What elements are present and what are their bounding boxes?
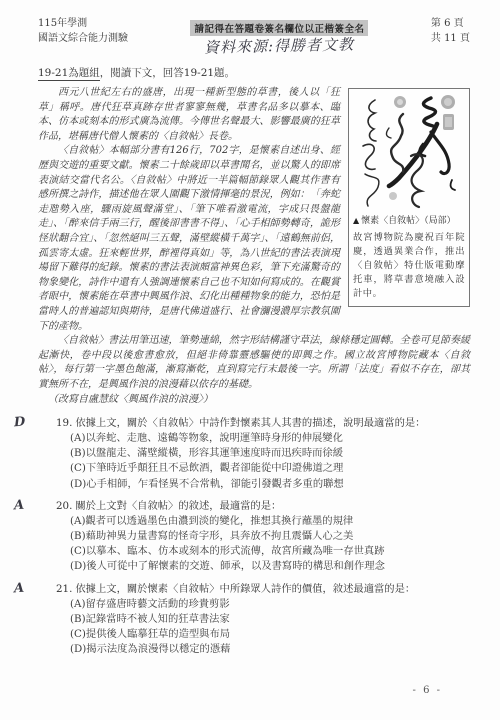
cursive-strokes-thin (363, 100, 423, 207)
header-center: 請記得在答題卷簽名欄位以正楷簽全名 資料來源:得勝者文教 (190, 17, 368, 55)
option-b: (B)記錄當時不被人知的狂草書法家 (70, 612, 470, 627)
option-c: (C)下筆時近乎顛狂且不忌飲酒，觀者卻能從中印證佛道之理 (70, 461, 470, 476)
cursive-strokes-bold (389, 98, 455, 190)
exam-page: 115年學測 國語文綜合能力測驗 請記得在答題卷簽名欄位以正楷簽全名 資料來源:… (0, 0, 500, 720)
question-19: D 19.依據上文，關於〈自敘帖〉中詩作對懷素其人其書的描述，說明最適當的是： … (38, 416, 470, 492)
passage-paragraph: 〈自敘帖〉書法用筆迅速，筆勢連綿，然字形結構謹守草法，線條穩定圓轉。全卷可見節奏… (38, 334, 470, 392)
signature-notice: 請記得在答題卷簽名欄位以正楷簽全名 (190, 20, 368, 36)
question-stem-text: 依據上文，關於〈自敘帖〉中詩作對懷素其人其書的描述，說明最適當的是： (75, 417, 425, 429)
option-c: (C)提供後人臨摹狂草的造型與布局 (70, 627, 470, 642)
passage-citation: （改寫自盧慧紋〈興風作浪的浪漫〉） (38, 393, 470, 408)
question-number: 19. (56, 417, 72, 429)
question-stem: 20.關於上文對〈自敘帖〉的敘述，最適當的是： (56, 499, 470, 514)
exam-identifier: 115年學測 國語文綜合能力測驗 (38, 16, 128, 46)
reading-passage: ▲懷素〈自敘帖〉（局部） 故宮博物院為慶祝百年院慶，透過異業合作，推出〈自敘帖〉… (38, 86, 470, 408)
option-a: (A)觀者可以透過墨色由濃到淡的變化，推想其換行蘸墨的規律 (70, 514, 470, 529)
page-header: 115年學測 國語文綜合能力測驗 請記得在答題卷簽名欄位以正楷簽全名 資料來源:… (38, 16, 470, 55)
question-options: (A)留存盛唐時藝文活動的珍貴剪影 (B)記錄當時不被人知的狂草書法家 (C)提… (70, 597, 470, 658)
option-a: (A)留存盛唐時藝文活動的珍貴剪影 (70, 597, 470, 612)
option-d: (D)揭示法度為浪漫得以穩定的憑藉 (70, 642, 470, 657)
option-d: (D)後人可從中了解懷素的交遊、師承，以及書寫時的構思和創作理念 (70, 559, 470, 574)
question-stem: 19.依據上文，關於〈自敘帖〉中詩作對懷素其人其書的描述，說明最適當的是： (56, 416, 470, 431)
question-list: D 19.依據上文，關於〈自敘帖〉中詩作對懷素其人其書的描述，說明最適當的是： … (38, 416, 470, 657)
option-d: (D)心手相師，乍看怪異不合常軌，卻能引發觀者多重的聯想 (70, 477, 470, 492)
total-pages-label: 共 11 頁 (431, 31, 470, 46)
exam-subject: 國語文綜合能力測驗 (38, 31, 128, 46)
group-range: 19-21為題組 (38, 67, 100, 81)
triangle-marker-icon: ▲ (353, 216, 359, 225)
calligraphy-image (353, 92, 465, 212)
handwritten-answer-mark: A (13, 498, 24, 514)
exam-year: 115年學測 (38, 16, 128, 31)
group-instruction: ，閱讀下文，回答19-21題。 (100, 67, 235, 79)
page-label: 第 6 頁 (431, 16, 470, 31)
question-21: A 21.依據上文，關於懷素〈自敘帖〉中所錄眾人詩作的價值，敘述最適當的是： (… (38, 582, 470, 658)
question-20: A 20.關於上文對〈自敘帖〉的敘述，最適當的是： (A)觀者可以透過墨色由濃到… (38, 499, 470, 575)
option-b: (B)以盤龍走、滿壁縱橫，形容其運筆速度時而迅疾時而徐緩 (70, 446, 470, 461)
question-group-title: 19-21為題組，閱讀下文，回答19-21題。 (38, 65, 470, 80)
question-number: 20. (56, 500, 72, 512)
page-number-footer: - 6 - (413, 685, 442, 696)
question-stem-text: 依據上文，關於懷素〈自敘帖〉中所錄眾人詩作的價值，敘述最適當的是： (75, 583, 415, 595)
figure-description: 故宮博物院為慶祝百年院慶，透過異業合作，推出〈自敘帖〉特仕版電動摩托車，將草書意… (353, 231, 465, 301)
figure-box: ▲懷素〈自敘帖〉（局部） 故宮博物院為慶祝百年院慶，透過異業合作，推出〈自敘帖〉… (348, 88, 470, 307)
question-options: (A)觀者可以透過墨色由濃到淡的變化，推想其換行蘸墨的規律 (B)藉助神異力量書… (70, 514, 470, 575)
handwritten-answer-mark: A (13, 580, 24, 596)
page-count: 第 6 頁 共 11 頁 (431, 16, 470, 46)
handwritten-source-note: 資料來源:得勝者文教 (190, 35, 368, 57)
figure-caption-text: 懷素〈自敘帖〉（局部） (361, 216, 456, 226)
option-c: (C)以摹本、臨本、仿本或刻本的形式流傳，故宮所藏為唯一存世真跡 (70, 544, 470, 559)
figure-caption: ▲懷素〈自敘帖〉（局部） (353, 214, 465, 228)
question-number: 21. (56, 583, 72, 595)
handwritten-answer-mark: D (13, 415, 25, 431)
question-options: (A)以奔蛇、走虺、遠鶴等物象，說明運筆時身形的伸展變化 (B)以盤龍走、滿壁縱… (70, 431, 470, 492)
option-b: (B)藉助神異力量書寫的怪奇字形，具奔放不拘且震懾人心之美 (70, 529, 470, 544)
question-stem-text: 關於上文對〈自敘帖〉的敘述，最適當的是： (75, 500, 281, 512)
option-a: (A)以奔蛇、走虺、遠鶴等物象，說明運筆時身形的伸展變化 (70, 431, 470, 446)
question-stem: 21.依據上文，關於懷素〈自敘帖〉中所錄眾人詩作的價值，敘述最適當的是： (56, 582, 470, 597)
